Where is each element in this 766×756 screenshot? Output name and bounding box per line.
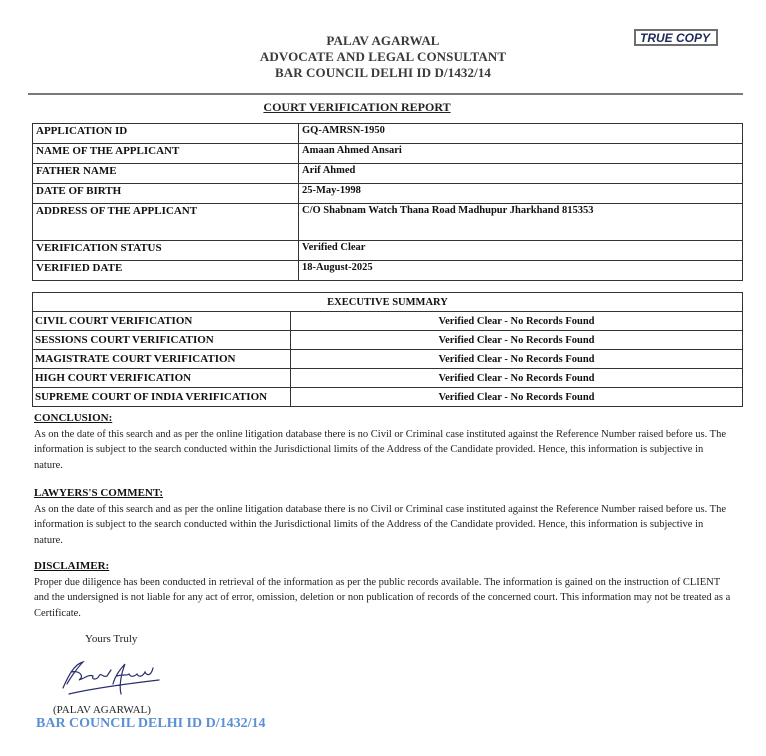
advocate-designation: ADVOCATE AND LEGAL CONSULTANT	[0, 49, 766, 65]
table-row: CIVIL COURT VERIFICATIONVerified Clear -…	[33, 312, 743, 331]
field-label: APPLICATION ID	[33, 124, 299, 144]
table-row: FATHER NAMEArif Ahmed	[33, 164, 743, 184]
table-row: HIGH COURT VERIFICATIONVerified Clear - …	[33, 369, 743, 388]
field-value: Amaan Ahmed Ansari	[299, 144, 743, 164]
check-label: MAGISTRATE COURT VERIFICATION	[33, 350, 291, 369]
signature-icon	[55, 654, 165, 700]
field-label: DATE OF BIRTH	[33, 184, 299, 204]
table-row: DATE OF BIRTH25-May-1998	[33, 184, 743, 204]
check-label: CIVIL COURT VERIFICATION	[33, 312, 291, 331]
table-row: VERIFIED DATE18-August-2025	[33, 261, 743, 281]
field-value: C/O Shabnam Watch Thana Road Madhupur Jh…	[299, 204, 743, 241]
field-value: GQ-AMRSN-1950	[299, 124, 743, 144]
table-row: APPLICATION IDGQ-AMRSN-1950	[33, 124, 743, 144]
disclaimer-text: Proper due diligence has been conducted …	[34, 575, 734, 622]
check-result: Verified Clear - No Records Found	[291, 331, 743, 350]
check-label: SUPREME COURT OF INDIA VERIFICATION	[33, 388, 291, 407]
field-value: 25-May-1998	[299, 184, 743, 204]
signatory-bar-id: BAR COUNCIL DELHI ID D/1432/14	[36, 716, 265, 732]
executive-summary-table: EXECUTIVE SUMMARY CIVIL COURT VERIFICATI…	[32, 292, 743, 407]
lawyers-comment-section: LAWYERS'S COMMENT: As on the date of thi…	[34, 486, 734, 548]
check-label: HIGH COURT VERIFICATION	[33, 369, 291, 388]
field-label: ADDRESS OF THE APPLICANT	[33, 204, 299, 241]
conclusion-heading: CONCLUSION:	[34, 411, 734, 427]
applicant-info-table: APPLICATION IDGQ-AMRSN-1950 NAME OF THE …	[32, 123, 743, 281]
disclaimer-heading: DISCLAIMER:	[34, 559, 734, 575]
conclusion-section: CONCLUSION: As on the date of this searc…	[34, 411, 734, 473]
check-result: Verified Clear - No Records Found	[291, 388, 743, 407]
field-label: VERIFICATION STATUS	[33, 241, 299, 261]
table-row: NAME OF THE APPLICANTAmaan Ahmed Ansari	[33, 144, 743, 164]
lawyers-comment-text: As on the date of this search and as per…	[34, 502, 734, 549]
check-result: Verified Clear - No Records Found	[291, 312, 743, 331]
table-header-row: EXECUTIVE SUMMARY	[33, 293, 743, 312]
field-value: 18-August-2025	[299, 261, 743, 281]
header-divider	[28, 93, 743, 95]
lawyers-comment-heading: LAWYERS'S COMMENT:	[34, 486, 734, 502]
table-row: VERIFICATION STATUSVerified Clear	[33, 241, 743, 261]
field-label: VERIFIED DATE	[33, 261, 299, 281]
true-copy-stamp: TRUE COPY	[634, 29, 718, 46]
closing-text: Yours Truly	[85, 633, 137, 645]
check-label: SESSIONS COURT VERIFICATION	[33, 331, 291, 350]
conclusion-text: As on the date of this search and as per…	[34, 427, 734, 474]
advocate-bar-id: BAR COUNCIL DELHI ID D/1432/14	[0, 65, 766, 81]
disclaimer-section: DISCLAIMER: Proper due diligence has bee…	[34, 559, 734, 621]
table-row: MAGISTRATE COURT VERIFICATIONVerified Cl…	[33, 350, 743, 369]
field-label: NAME OF THE APPLICANT	[33, 144, 299, 164]
table-row: SUPREME COURT OF INDIA VERIFICATIONVerif…	[33, 388, 743, 407]
summary-title: EXECUTIVE SUMMARY	[33, 293, 743, 312]
check-result: Verified Clear - No Records Found	[291, 350, 743, 369]
table-row: SESSIONS COURT VERIFICATIONVerified Clea…	[33, 331, 743, 350]
check-result: Verified Clear - No Records Found	[291, 369, 743, 388]
report-title: COURT VERIFICATION REPORT	[0, 100, 714, 115]
signatory-name: (PALAV AGARWAL)	[53, 704, 151, 716]
field-value: Verified Clear	[299, 241, 743, 261]
field-label: FATHER NAME	[33, 164, 299, 184]
table-row: ADDRESS OF THE APPLICANTC/O Shabnam Watc…	[33, 204, 743, 241]
field-value: Arif Ahmed	[299, 164, 743, 184]
